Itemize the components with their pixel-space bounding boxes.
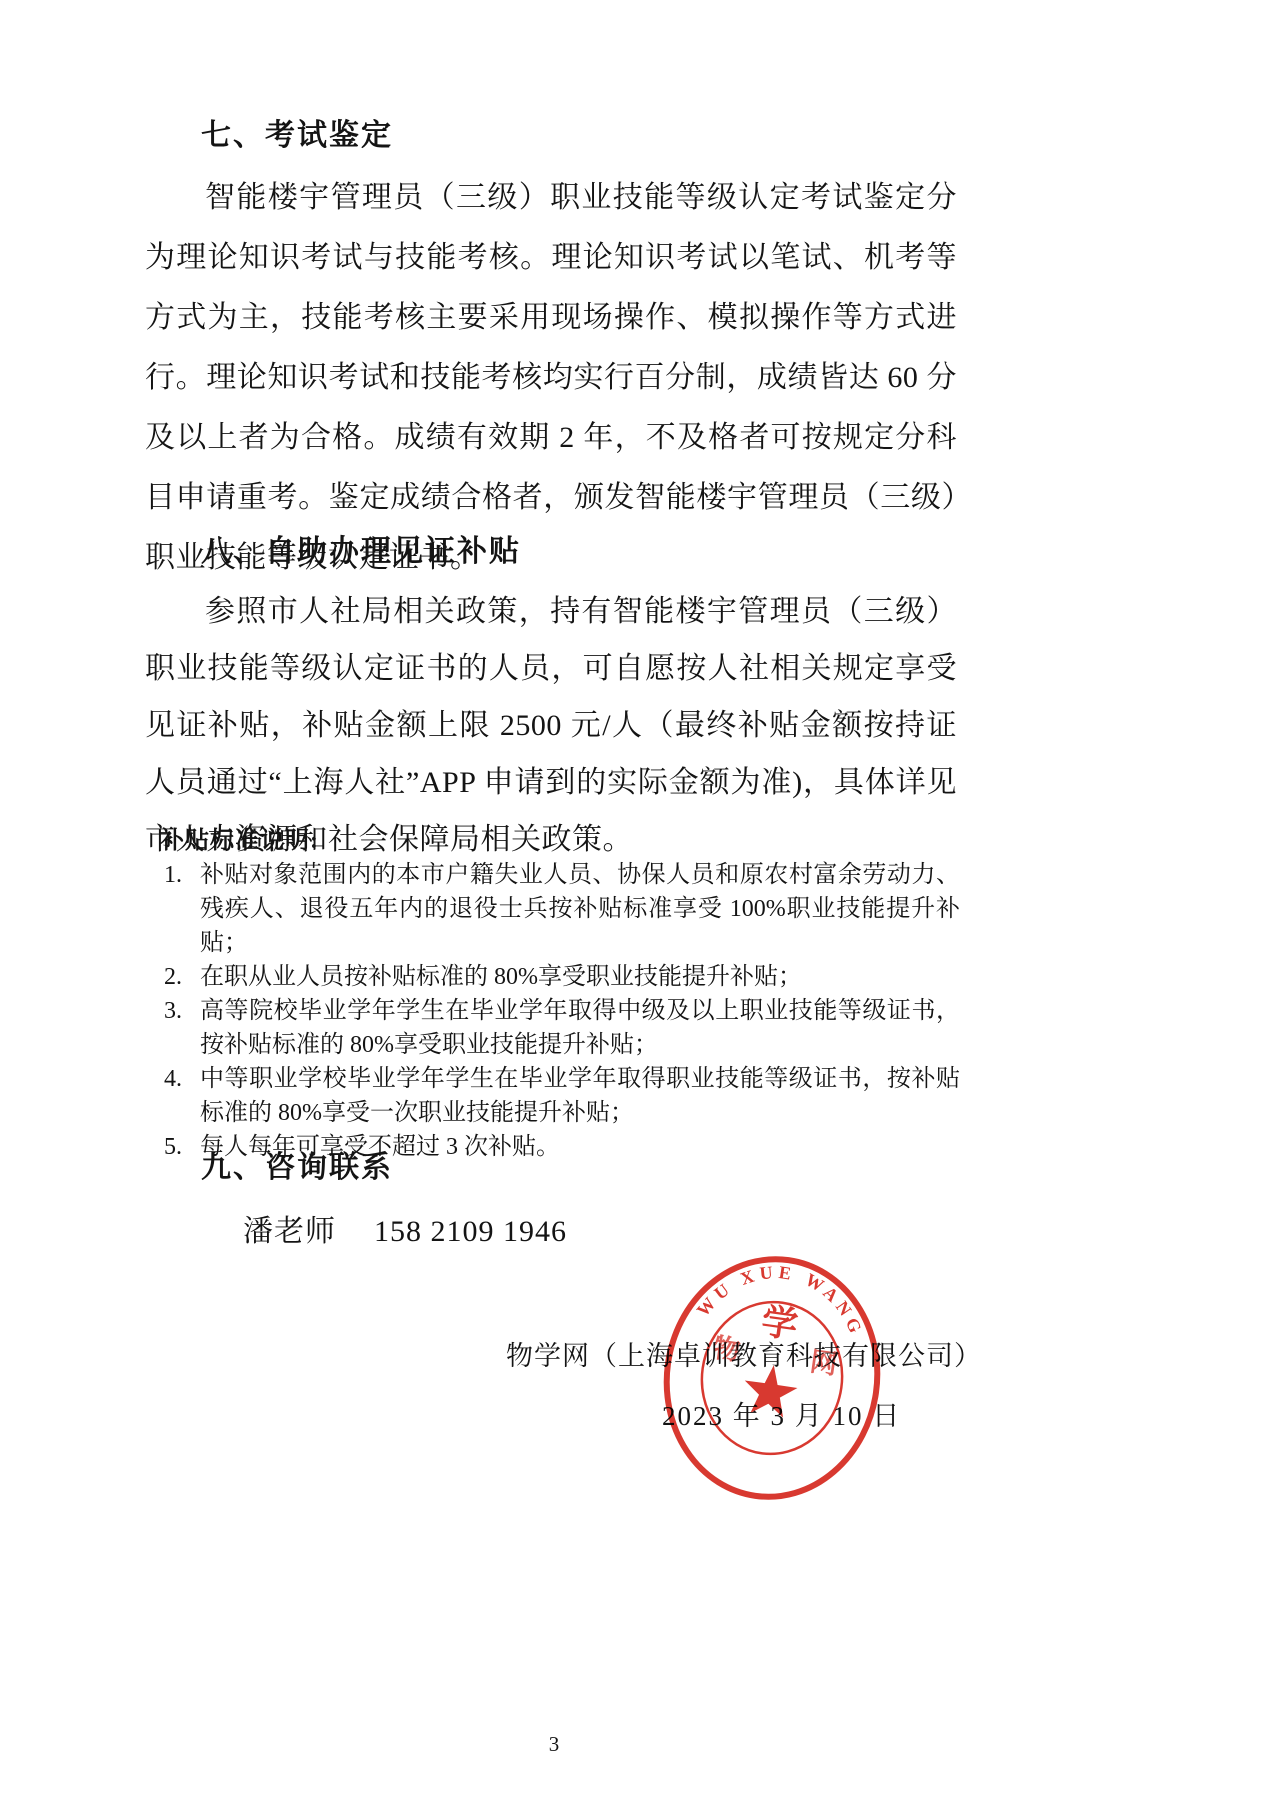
page-number: 3 bbox=[534, 1732, 574, 1757]
section-7-heading: 七、考试鉴定 bbox=[145, 116, 1013, 156]
list-item-number: 2. bbox=[160, 960, 200, 994]
seal-outer-ring bbox=[661, 1253, 883, 1503]
company-seal: WU XUE WANG 学 物 网 bbox=[661, 1253, 883, 1503]
seal-inner-ring bbox=[692, 1293, 852, 1463]
list-item-number: 3. bbox=[160, 994, 200, 1028]
contact-phone: 158 2109 1946 bbox=[374, 1215, 567, 1248]
signature-company: 物学网（上海卓训教育科技有限公司） bbox=[506, 1334, 982, 1373]
list-item: 1. 补贴对象范围内的本市户籍失业人员、协保人员和原农村富余劳动力、残疾人、退役… bbox=[160, 858, 960, 960]
subsidy-notes: 补贴标准说明: 1. 补贴对象范围内的本市户籍失业人员、协保人员和原农村富余劳动… bbox=[160, 824, 960, 1164]
list-item: 3. 高等院校毕业学年学生在毕业学年取得中级及以上职业技能等级证书，按补贴标准的… bbox=[160, 994, 960, 1062]
section-7-paragraph: 智能楼宇管理员（三级）职业技能等级认定考试鉴定分为理论知识考试与技能考核。理论知… bbox=[145, 168, 957, 588]
signature-date: 2023 年 3 月 10 日 bbox=[662, 1394, 901, 1433]
seal-arc-text: WU XUE WANG bbox=[691, 1253, 876, 1343]
list-item: 2. 在职从业人员按补贴标准的 80%享受职业技能提升补贴； bbox=[160, 960, 960, 994]
list-item-text: 中等职业学校毕业学年学生在毕业学年取得职业技能等级证书，按补贴标准的 80%享受… bbox=[200, 1062, 960, 1130]
document-page: 七、考试鉴定 智能楼宇管理员（三级）职业技能等级认定考试鉴定分为理论知识考试与技… bbox=[0, 0, 1280, 1810]
list-item: 4. 中等职业学校毕业学年学生在毕业学年取得职业技能等级证书，按补贴标准的 80… bbox=[160, 1062, 960, 1130]
seal-graphic: WU XUE WANG 学 物 网 bbox=[661, 1253, 883, 1503]
list-item-text: 补贴对象范围内的本市户籍失业人员、协保人员和原农村富余劳动力、残疾人、退役五年内… bbox=[200, 858, 960, 960]
section-8-heading: 八、自助办理见证补贴 bbox=[145, 532, 1013, 572]
list-item-number: 1. bbox=[160, 858, 200, 892]
contact-line: 潘老师158 2109 1946 bbox=[145, 1206, 1055, 1250]
subsidy-notes-title: 补贴标准说明: bbox=[160, 824, 960, 858]
section-9-heading: 九、咨询联系 bbox=[145, 1148, 1013, 1188]
list-item-text: 高等院校毕业学年学生在毕业学年取得中级及以上职业技能等级证书，按补贴标准的 80… bbox=[200, 994, 960, 1062]
list-item-number: 4. bbox=[160, 1062, 200, 1096]
contact-name: 潘老师 bbox=[243, 1215, 336, 1248]
list-item-text: 在职从业人员按补贴标准的 80%享受职业技能提升补贴； bbox=[200, 960, 960, 994]
